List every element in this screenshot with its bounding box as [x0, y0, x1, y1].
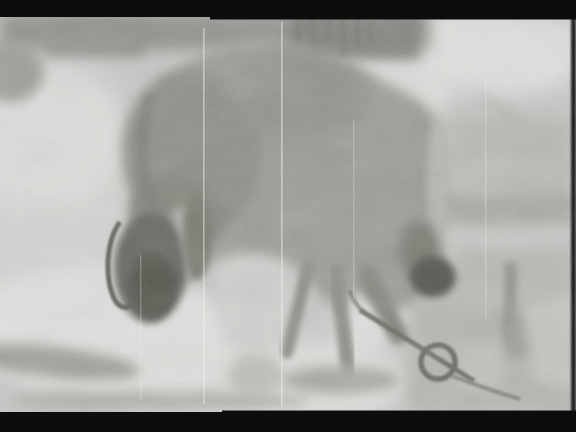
letterbox-bottom	[0, 411, 576, 432]
film-still	[0, 0, 576, 432]
film-grain-overlay	[0, 12, 576, 416]
letterbox-top	[0, 0, 576, 20]
film-still-canvas	[0, 0, 576, 432]
